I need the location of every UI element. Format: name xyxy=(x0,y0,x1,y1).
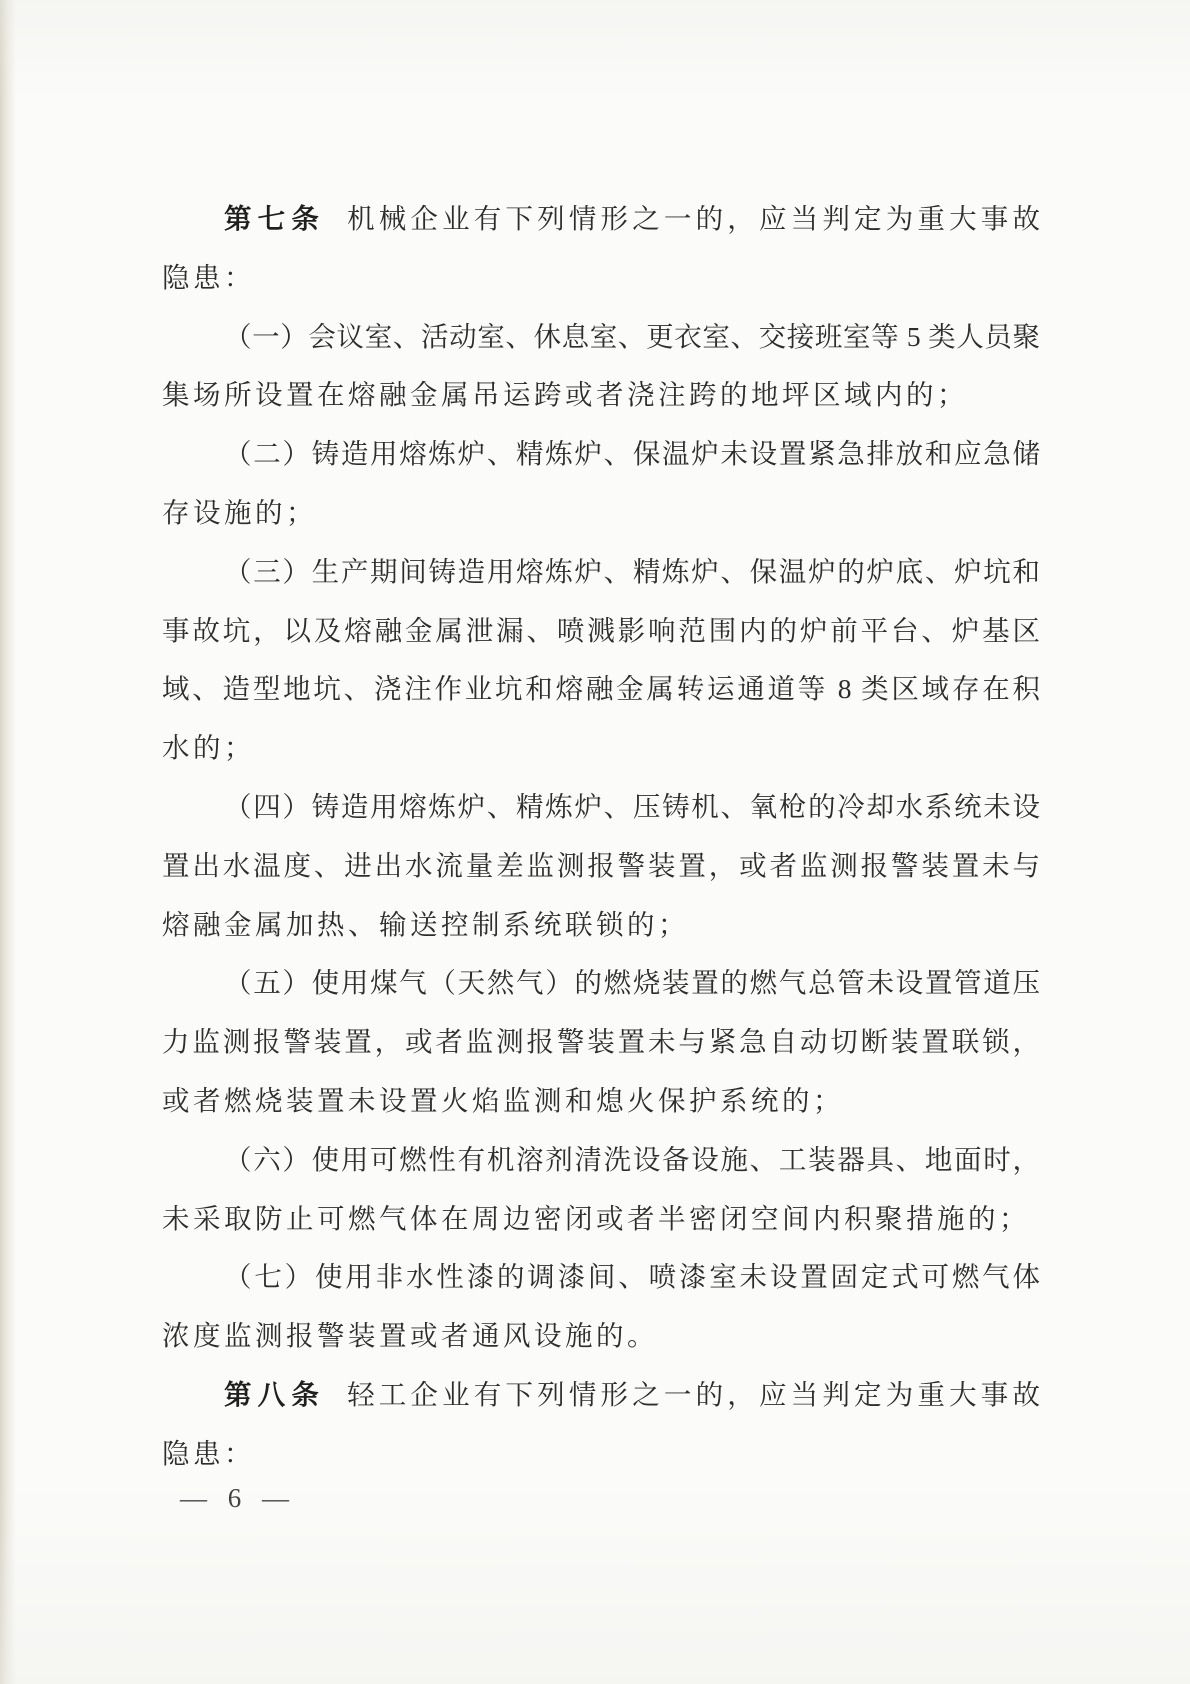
text-line: 存设施的； xyxy=(162,484,1040,543)
text-line: 隐患： xyxy=(162,1425,1040,1484)
document-lines: 第七条机械企业有下列情形之一的，应当判定为重大事故隐患：（一）会议室、活动室、休… xyxy=(162,190,1040,1484)
item-2-line: （二）铸造用熔炼炉、精炼炉、保温炉未设置紧急排放和应急储 xyxy=(162,425,1040,484)
item-7-line: （七）使用非水性漆的调漆间、喷漆室未设置固定式可燃气体 xyxy=(162,1248,1040,1307)
article-7-heading-line: 第七条机械企业有下列情形之一的，应当判定为重大事故 xyxy=(162,190,1040,249)
text-line: 未采取防止可燃气体在周边密闭或者半密闭空间内积聚措施的； xyxy=(162,1190,1040,1249)
page-number: — 6 — xyxy=(180,1482,296,1514)
text-line: 事故坑，以及熔融金属泄漏、喷溅影响范围内的炉前平台、炉基区 xyxy=(162,602,1040,661)
article-number-label: 第八条 xyxy=(224,1379,325,1410)
text-line: 熔融金属加热、输送控制系统联锁的； xyxy=(162,896,1040,955)
text-line: 置出水温度、进出水流量差监测报警装置，或者监测报警装置未与 xyxy=(162,837,1040,896)
article-heading-text: 轻工企业有下列情形之一的，应当判定为重大事故 xyxy=(347,1379,1040,1410)
text-line: 域、造型地坑、浇注作业坑和熔融金属转运通道等 8 类区域存在积 xyxy=(162,660,1040,719)
text-line: 水的； xyxy=(162,719,1040,778)
text-line: 力监测报警装置，或者监测报警装置未与紧急自动切断装置联锁， xyxy=(162,1013,1040,1072)
item-1-line: （一）会议室、活动室、休息室、更衣室、交接班室等 5 类人员聚 xyxy=(162,308,1040,367)
text-line: 浓度监测报警装置或者通风设施的。 xyxy=(162,1307,1040,1366)
article-heading-text: 机械企业有下列情形之一的，应当判定为重大事故 xyxy=(347,203,1040,234)
document-page: { "document": { "lines": [ { "name": "ar… xyxy=(0,0,1190,1684)
item-6-line: （六）使用可燃性有机溶剂清洗设备设施、工装器具、地面时， xyxy=(162,1131,1040,1190)
item-3-line: （三）生产期间铸造用熔炼炉、精炼炉、保温炉的炉底、炉坑和 xyxy=(162,543,1040,602)
scan-edge-artifact xyxy=(0,0,16,1684)
text-line: 或者燃烧装置未设置火焰监测和熄火保护系统的； xyxy=(162,1072,1040,1131)
article-number-label: 第七条 xyxy=(224,203,325,234)
text-line: 集场所设置在熔融金属吊运跨或者浇注跨的地坪区域内的； xyxy=(162,366,1040,425)
article-8-heading-line: 第八条轻工企业有下列情形之一的，应当判定为重大事故 xyxy=(162,1366,1040,1425)
text-line: 隐患： xyxy=(162,249,1040,308)
item-4-line: （四）铸造用熔炼炉、精炼炉、压铸机、氧枪的冷却水系统未设 xyxy=(162,778,1040,837)
item-5-line: （五）使用煤气（天然气）的燃烧装置的燃气总管未设置管道压 xyxy=(162,954,1040,1013)
